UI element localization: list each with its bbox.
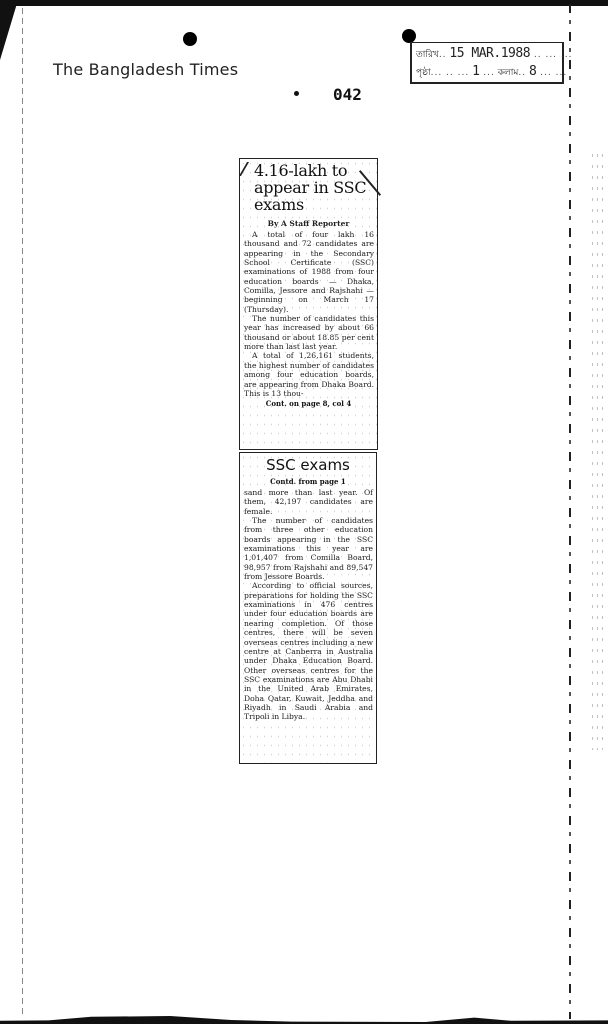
- article-clipping-front: 4.16-lakh to appear in SSC exams By A St…: [239, 158, 378, 450]
- folio-number: 042: [333, 85, 362, 104]
- scan-corner-shadow: [0, 0, 18, 60]
- stamp-page-row: পৃষ্ঠা... .. ... 1 ... কলাম.. 8 ... ...: [416, 64, 567, 80]
- dot-row: [100, 940, 220, 944]
- article-paragraph: A total of four lakh 16 thousand and 72 …: [244, 230, 374, 314]
- stamp-date-value: 15 MAR.1988: [449, 46, 530, 61]
- continued-from-note: Contd. from page 1: [240, 477, 376, 486]
- dot-row: [400, 318, 530, 322]
- article-paragraph: The number of candidates this year has i…: [244, 314, 374, 351]
- dot-row: [400, 600, 530, 604]
- article-paragraph: The number of candidates from three othe…: [244, 516, 373, 581]
- scan-noise: [590, 150, 604, 750]
- right-margin-rule: [569, 4, 571, 1019]
- stamp-date-row: তারিখ.. 15 MAR.1988 .. ... ...: [416, 46, 573, 62]
- article-body: A total of four lakh 16 thousand and 72 …: [240, 230, 377, 398]
- article-clipping-continuation: SSC exams Contd. from page 1 sand more t…: [239, 452, 377, 764]
- dot-row: [60, 128, 380, 132]
- date-stamp: তারিখ.. 15 MAR.1988 .. ... ... পৃষ্ঠা...…: [410, 42, 564, 84]
- scan-bottom-edge: [0, 1016, 608, 1024]
- stamp-column-label: কলাম: [498, 68, 519, 78]
- article-headline: 4.16-lakh to appear in SSC exams: [254, 162, 377, 213]
- stamp-page-label: পৃষ্ঠা: [416, 68, 431, 78]
- dot-row: [100, 370, 220, 374]
- article-byline: By A Staff Reporter: [240, 219, 377, 228]
- scan-top-edge: [0, 0, 608, 6]
- left-margin-rule: [22, 8, 23, 1018]
- continued-note: Cont. on page 8, col 4: [240, 399, 377, 408]
- continuation-headline: SSC exams: [240, 456, 376, 474]
- continuation-body: sand more than last year. Of them, 42,19…: [240, 488, 376, 722]
- punch-hole-icon: [183, 32, 197, 46]
- article-paragraph: According to official sources, preparati…: [244, 581, 373, 721]
- newspaper-masthead: The Bangladesh Times: [53, 60, 238, 79]
- punch-hole-icon: [402, 29, 416, 43]
- dot-row: [80, 95, 260, 99]
- article-paragraph: sand more than last year. Of them, 42,19…: [244, 488, 373, 516]
- dot-row: [400, 1008, 460, 1012]
- stamp-date-label: তারিখ: [416, 50, 439, 60]
- ink-spot: [294, 91, 299, 96]
- article-paragraph: A total of 1,26,161 students, the highes…: [244, 351, 374, 398]
- dot-row: [400, 918, 530, 922]
